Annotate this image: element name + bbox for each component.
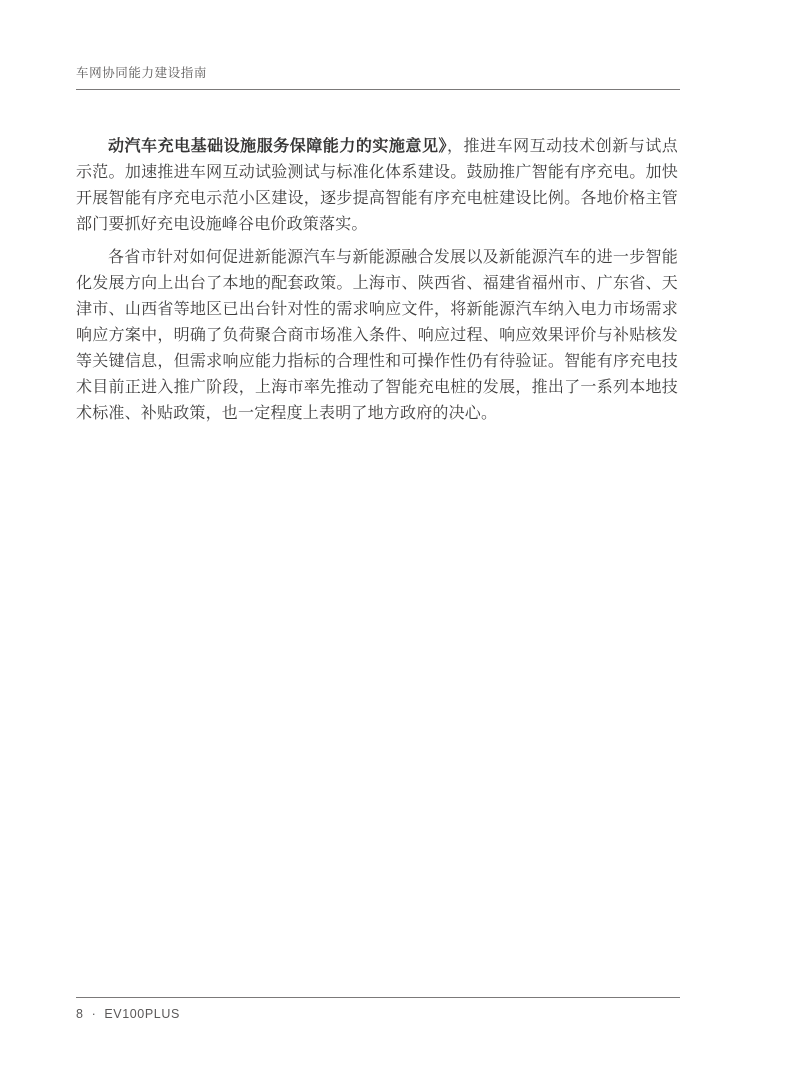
paragraph-1: 动汽车充电基础设施服务保障能力的实施意见》，推进车网互动技术创新与试点示范。加速… bbox=[76, 134, 678, 238]
paragraph-1-bold-title-fragment: 动汽车充电基础设施服务保障能力的实施意见》 bbox=[108, 138, 447, 155]
document-page: 车网协同能力建设指南 动汽车充电基础设施服务保障能力的实施意见》，推进车网互动技… bbox=[0, 0, 793, 1077]
page-footer: 8 · EV100PLUS bbox=[76, 1006, 180, 1022]
footer-divider bbox=[76, 997, 680, 998]
header-divider bbox=[76, 89, 680, 90]
page-number: 8 bbox=[76, 1006, 84, 1022]
paragraph-2: 各省市针对如何促进新能源汽车与新能源融合发展以及新能源汽车的进一步智能化发展方向… bbox=[76, 245, 678, 427]
footer-separator: · bbox=[92, 1006, 97, 1022]
page-header-title: 车网协同能力建设指南 bbox=[76, 65, 207, 81]
brand-name: EV100PLUS bbox=[104, 1006, 180, 1022]
body-text: 动汽车充电基础设施服务保障能力的实施意见》，推进车网互动技术创新与试点示范。加速… bbox=[76, 134, 678, 427]
